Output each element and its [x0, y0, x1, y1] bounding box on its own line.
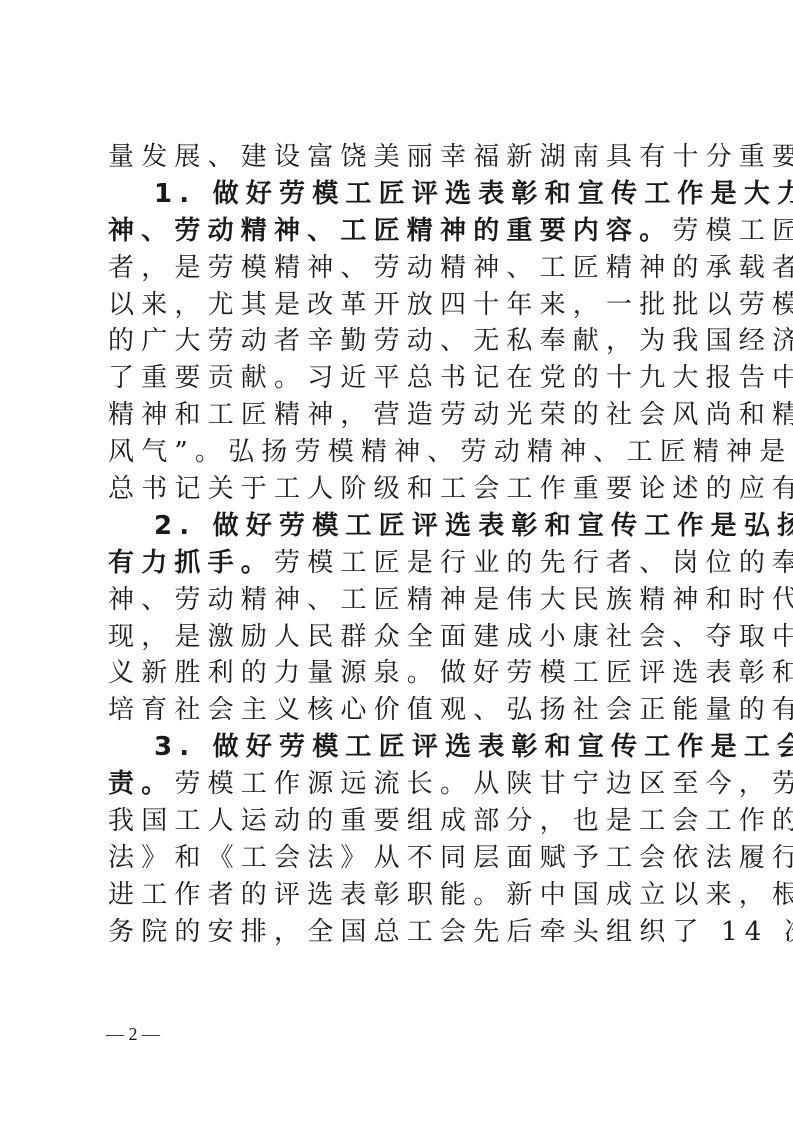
text-line: 有力抓手。劳模工匠是行业的先行者、岗位的奉献者。劳模精 [108, 545, 698, 582]
body-text: 我国工人运动的重要组成部分，也是工会工作的重要内容。《宪 [108, 806, 793, 836]
bold-heading-text: 有力抓手。 [108, 548, 274, 578]
body-text: 劳模工匠是时代的领跑 [672, 216, 793, 246]
bold-heading-text: 2. 做好劳模工匠评选表彰和宣传工作是弘扬社会正能量的 [154, 511, 793, 541]
bold-heading-text: 神、劳动精神、工匠精神的重要内容。 [108, 216, 672, 246]
text-line: 1. 做好劳模工匠评选表彰和宣传工作是大力弘扬劳模精 [108, 176, 698, 213]
body-text: 量发展、建设富饶美丽幸福新湖南具有十分重要的意义。 [108, 142, 793, 172]
text-line: 现，是激励人民群众全面建成小康社会、夺取中国特色社会主 [108, 619, 698, 656]
body-text: 务院的安排，全国总工会先后牵头组织了 14 次全国劳模和先进 [108, 917, 793, 947]
body-text: 者，是劳模精神、劳动精神、工匠精神的承载者。新中国成立 [108, 253, 793, 283]
text-line: 总书记关于工人阶级和工会工作重要论述的应有之义。 [108, 471, 698, 508]
text-line: 了重要贡献。习近平总书记在党的十九大报告中提出“弘扬劳模 [108, 360, 698, 397]
text-line: 神、劳动精神、工匠精神是伟大民族精神和时代精神的重要体 [108, 582, 698, 619]
body-text: 进工作者的评选表彰职能。新中国成立以来，根据党中央和国 [108, 880, 793, 910]
text-line: 我国工人运动的重要组成部分，也是工会工作的重要内容。《宪 [108, 803, 698, 840]
body-text: 精神和工匠精神，营造劳动光荣的社会风尚和精益求精的敬业 [108, 400, 793, 430]
page-number: — 2 — [106, 1024, 160, 1045]
body-text: 了重要贡献。习近平总书记在党的十九大报告中提出“弘扬劳模 [108, 363, 793, 393]
text-line: 精神和工匠精神，营造劳动光荣的社会风尚和精益求精的敬业 [108, 397, 698, 434]
body-text: 总书记关于工人阶级和工会工作重要论述的应有之义。 [108, 474, 793, 504]
body-text: 劳模工作源远流长。从陕甘宁边区至今，劳模工作一直是 [174, 769, 793, 799]
body-text: 的广大劳动者辛勤劳动、无私奉献，为我国经济社会发展作出 [108, 326, 793, 356]
body-text: 法》和《工会法》从不同层面赋予工会依法履行劳动模范和先 [108, 843, 793, 873]
text-line: 以来，尤其是改革开放四十年来，一批批以劳模与工匠为代表 [108, 287, 698, 324]
text-line: 2. 做好劳模工匠评选表彰和宣传工作是弘扬社会正能量的 [108, 508, 698, 545]
bold-heading-text: 3. 做好劳模工匠评选表彰和宣传工作是工会组织的重要职 [154, 732, 793, 762]
text-line: 培育社会主义核心价值观、弘扬社会正能量的有效载体和途径。 [108, 692, 698, 729]
text-line: 神、劳动精神、工匠精神的重要内容。劳模工匠是时代的领跑 [108, 213, 698, 250]
bold-heading-text: 责。 [108, 769, 174, 799]
body-text: 现，是激励人民群众全面建成小康社会、夺取中国特色社会主 [108, 622, 793, 652]
text-line: 者，是劳模精神、劳动精神、工匠精神的承载者。新中国成立 [108, 250, 698, 287]
body-text: 神、劳动精神、工匠精神是伟大民族精神和时代精神的重要体 [108, 585, 793, 615]
text-line: 务院的安排，全国总工会先后牵头组织了 14 次全国劳模和先进 [108, 914, 698, 951]
bold-heading-text: 1. 做好劳模工匠评选表彰和宣传工作是大力弘扬劳模精 [154, 179, 793, 209]
body-text: 培育社会主义核心价值观、弘扬社会正能量的有效载体和途径。 [108, 695, 793, 725]
text-line: 法》和《工会法》从不同层面赋予工会依法履行劳动模范和先 [108, 840, 698, 877]
text-line: 量发展、建设富饶美丽幸福新湖南具有十分重要的意义。 [108, 139, 698, 176]
text-line: 责。劳模工作源远流长。从陕甘宁边区至今，劳模工作一直是 [108, 766, 698, 803]
text-line: 风气”。弘扬劳模精神、劳动精神、工匠精神是贯彻落实习近平 [108, 434, 698, 471]
text-line: 义新胜利的力量源泉。做好劳模工匠评选表彰和宣传工作，是 [108, 655, 698, 692]
body-text: 以来，尤其是改革开放四十年来，一批批以劳模与工匠为代表 [108, 290, 793, 320]
text-line: 的广大劳动者辛勤劳动、无私奉献，为我国经济社会发展作出 [108, 323, 698, 360]
body-text: 劳模工匠是行业的先行者、岗位的奉献者。劳模精 [274, 548, 793, 578]
text-line: 进工作者的评选表彰职能。新中国成立以来，根据党中央和国 [108, 877, 698, 914]
text-line: 3. 做好劳模工匠评选表彰和宣传工作是工会组织的重要职 [108, 729, 698, 766]
body-text: 义新胜利的力量源泉。做好劳模工匠评选表彰和宣传工作，是 [108, 658, 793, 688]
body-text: 风气”。弘扬劳模精神、劳动精神、工匠精神是贯彻落实习近平 [108, 437, 793, 467]
document-body: 量发展、建设富饶美丽幸福新湖南具有十分重要的意义。1. 做好劳模工匠评选表彰和宣… [108, 139, 698, 951]
